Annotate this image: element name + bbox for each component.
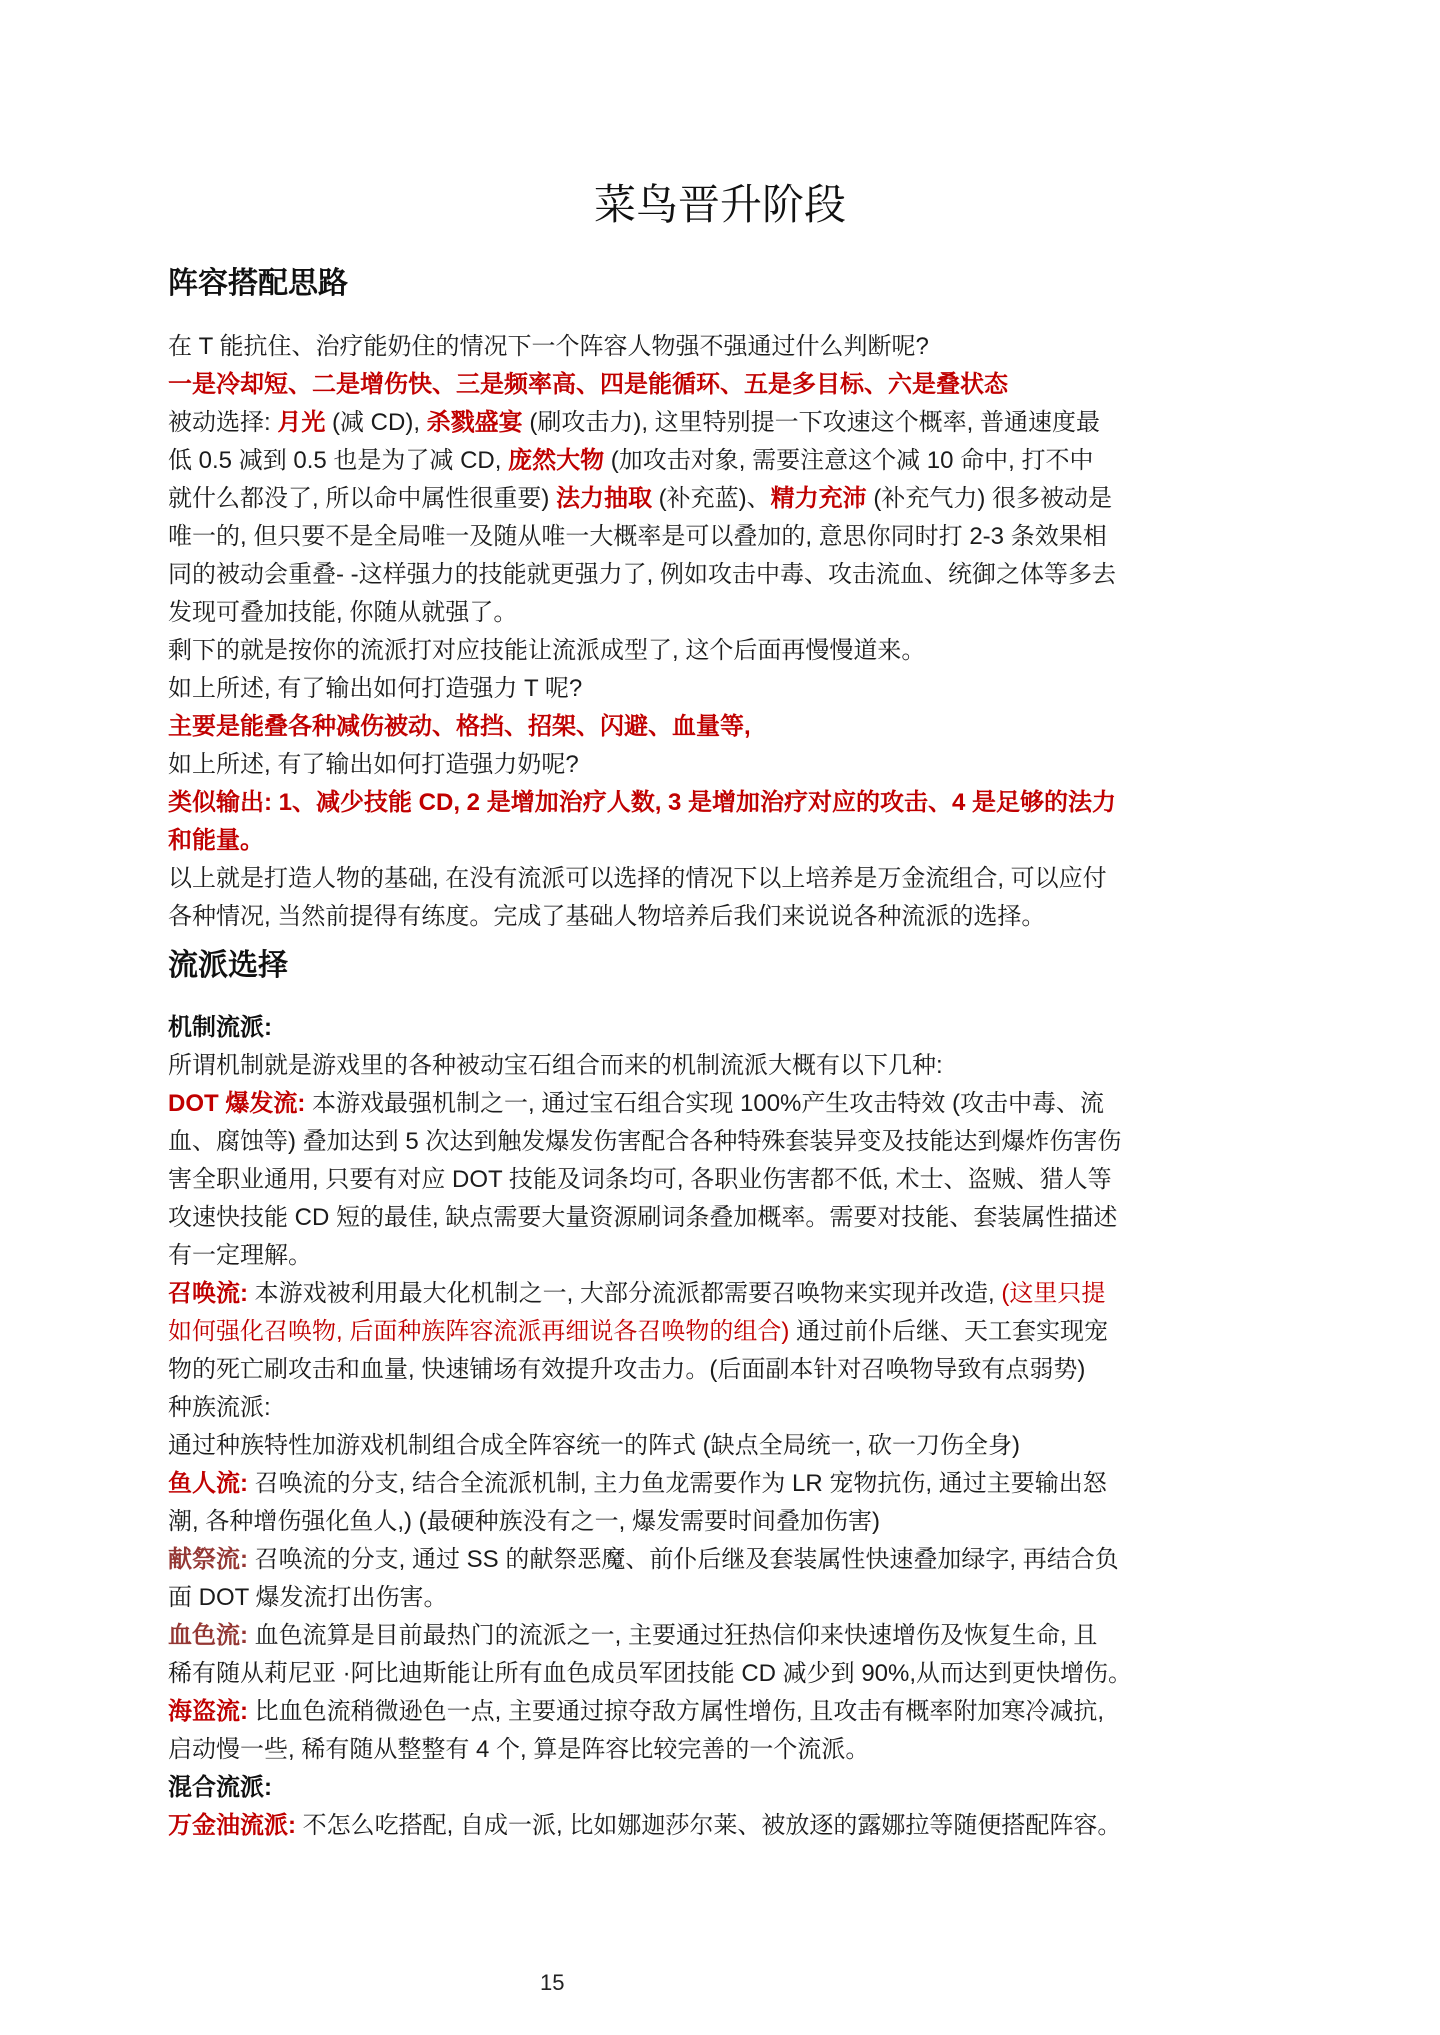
text-run: 召唤流: (168, 1280, 255, 1307)
document-body: 阵容搭配思路在 T 能抗住、治疗能奶住的情况下一个阵容人物强不强通过什么判断呢?… (168, 266, 1272, 1845)
text-line: 和能量。 (168, 822, 1272, 860)
text-line: 各种情况, 当然前提得有练度。完成了基础人物培养后我们来说说各种流派的选择。 (168, 898, 1272, 936)
text-line: 一是冷却短、二是增伤快、三是频率高、四是能循环、五是多目标、六是叠状态 (168, 366, 1272, 404)
text-line: 同的被动会重叠- -这样强力的技能就更强力了, 例如攻击中毒、攻击流血、统御之体… (168, 556, 1272, 594)
text-run: 在 T 能抗住、治疗能奶住的情况下一个阵容人物强不强通过什么判断呢? (168, 333, 929, 360)
text-run: 所谓机制就是游戏里的各种被动宝石组合而来的机制流派大概有以下几种: (168, 1052, 943, 1079)
text-run: 潮, 各种增伤强化鱼人,) (最硬种族没有之一, 爆发需要时间叠加伤害) (168, 1508, 880, 1535)
text-run: 启动慢一些, 稀有随从整整有 4 个, 算是阵容比较完善的一个流派。 (168, 1736, 869, 1763)
text-run: 鱼人流: (168, 1470, 255, 1497)
text-line: 就什么都没了, 所以命中属性很重要) 法力抽取 (补充蓝)、精力充沛 (补充气力… (168, 480, 1272, 518)
text-run: 万金油流派: (168, 1812, 303, 1839)
text-line: 潮, 各种增伤强化鱼人,) (最硬种族没有之一, 爆发需要时间叠加伤害) (168, 1503, 1272, 1541)
text-run: 通过前仆后继、天工套实现宠 (796, 1318, 1108, 1345)
text-run: 剩下的就是按你的流派打对应技能让流派成型了, 这个后面再慢慢道来。 (168, 637, 925, 664)
text-line: 类似输出: 1、减少技能 CD, 2 是增加治疗人数, 3 是增加治疗对应的攻击… (168, 784, 1272, 822)
document-page: 菜鸟晋升阶段 阵容搭配思路在 T 能抗住、治疗能奶住的情况下一个阵容人物强不强通… (0, 0, 1440, 1845)
text-line: 如上所述, 有了输出如何打造强力奶呢? (168, 746, 1272, 784)
text-line: 面 DOT 爆发流打出伤害。 (168, 1579, 1272, 1617)
text-run: 和能量。 (168, 827, 264, 854)
text-run: 低 0.5 减到 0.5 也是为了减 CD, (168, 447, 508, 474)
text-line: 如上所述, 有了输出如何打造强力 T 呢? (168, 670, 1272, 708)
text-run: 召唤流的分支, 通过 SS 的献祭恶魔、前仆后继及套装属性快速叠加绿字, 再结合… (255, 1546, 1119, 1573)
text-line: 通过种族特性加游戏机制组合成全阵容统一的阵式 (缺点全局统一, 砍一刀伤全身) (168, 1427, 1272, 1465)
text-line: 发现可叠加技能, 你随从就强了。 (168, 594, 1272, 632)
text-run: 本游戏被利用最大化机制之一, 大部分流派都需要召唤物来实现并改造, (255, 1280, 1002, 1307)
text-line: 血、腐蚀等) 叠加达到 5 次达到触发爆发伤害配合各种特殊套装异变及技能达到爆炸… (168, 1123, 1272, 1161)
text-line: 献祭流: 召唤流的分支, 通过 SS 的献祭恶魔、前仆后继及套装属性快速叠加绿字… (168, 1541, 1272, 1579)
text-run: 同的被动会重叠- -这样强力的技能就更强力了, 例如攻击中毒、攻击流血、统御之体… (168, 561, 1116, 588)
text-run: 法力抽取 (556, 485, 652, 512)
text-run: 类似输出: 1、减少技能 CD, 2 是增加治疗人数, 3 是增加治疗对应的攻击… (168, 789, 1116, 816)
text-line: 主要是能叠各种减伤被动、格挡、招架、闪避、血量等, (168, 708, 1272, 746)
text-run: 庞然大物 (508, 447, 604, 474)
text-run: 攻速快技能 CD 短的最佳, 缺点需要大量资源刷词条叠加概率。需要对技能、套装属… (168, 1204, 1117, 1231)
page-number: 15 (540, 1968, 564, 1998)
section-heading: 流派选择 (168, 948, 1272, 984)
text-run: (刷攻击力), 这里特别提一下攻速这个概率, 普通速度最 (523, 409, 1100, 436)
text-line: 攻速快技能 CD 短的最佳, 缺点需要大量资源刷词条叠加概率。需要对技能、套装属… (168, 1199, 1272, 1237)
text-run: 不怎么吃搭配, 自成一派, 比如娜迦莎尔莱、被放逐的露娜拉等随便搭配阵容。 (303, 1812, 1122, 1839)
text-run: 比血色流稍微逊色一点, 主要通过掠夺敌方属性增伤, 且攻击有概率附加寒冷减抗, (255, 1698, 1104, 1725)
text-line: 稀有随从莉尼亚 ·阿比迪斯能让所有血色成员军团技能 CD 减少到 90%,从而达… (168, 1655, 1272, 1693)
text-line: 鱼人流: 召唤流的分支, 结合全流派机制, 主力鱼龙需要作为 LR 宠物抗伤, … (168, 1465, 1272, 1503)
text-run: 献祭流: (168, 1546, 255, 1573)
text-line: 如何强化召唤物, 后面种族阵容流派再细说各召唤物的组合) 通过前仆后继、天工套实… (168, 1313, 1272, 1351)
text-line: 低 0.5 减到 0.5 也是为了减 CD, 庞然大物 (加攻击对象, 需要注意… (168, 442, 1272, 480)
text-run: 就什么都没了, 所以命中属性很重要) (168, 485, 556, 512)
text-line: 召唤流: 本游戏被利用最大化机制之一, 大部分流派都需要召唤物来实现并改造, (… (168, 1275, 1272, 1313)
text-run: (减 CD), (325, 409, 426, 436)
text-run: 如上所述, 有了输出如何打造强力奶呢? (168, 751, 579, 778)
document-title: 菜鸟晋升阶段 (168, 0, 1272, 230)
text-run: (补充蓝)、 (652, 485, 771, 512)
text-run: 种族流派: (168, 1394, 271, 1421)
text-run: 发现可叠加技能, 你随从就强了。 (168, 599, 517, 626)
text-run: 血色流: (168, 1622, 255, 1649)
text-line: 被动选择: 月光 (减 CD), 杀戮盛宴 (刷攻击力), 这里特别提一下攻速这… (168, 404, 1272, 442)
text-line: 以上就是打造人物的基础, 在没有流派可以选择的情况下以上培养是万金流组合, 可以… (168, 860, 1272, 898)
text-line: 机制流派: (168, 1009, 1272, 1047)
text-run: 有一定理解。 (168, 1242, 312, 1269)
text-run: (补充气力) 很多被动是 (867, 485, 1112, 512)
text-run: 海盗流: (168, 1698, 255, 1725)
text-run: 各种情况, 当然前提得有练度。完成了基础人物培养后我们来说说各种流派的选择。 (168, 903, 1045, 930)
text-line: 启动慢一些, 稀有随从整整有 4 个, 算是阵容比较完善的一个流派。 (168, 1731, 1272, 1769)
text-line: 所谓机制就是游戏里的各种被动宝石组合而来的机制流派大概有以下几种: (168, 1047, 1272, 1085)
text-line: 剩下的就是按你的流派打对应技能让流派成型了, 这个后面再慢慢道来。 (168, 632, 1272, 670)
text-line: DOT 爆发流: 本游戏最强机制之一, 通过宝石组合实现 100%产生攻击特效 … (168, 1085, 1272, 1123)
text-run: DOT 爆发流: (168, 1090, 312, 1117)
text-run: 血色流算是目前最热门的流派之一, 主要通过狂热信仰来快速增伤及恢复生命, 且 (255, 1622, 1098, 1649)
text-run: 如何强化召唤物, 后面种族阵容流派再细说各召唤物的组合) (168, 1318, 796, 1345)
text-run: 如上所述, 有了输出如何打造强力 T 呢? (168, 675, 582, 702)
text-run: 主要是能叠各种减伤被动、格挡、招架、闪避、血量等, (168, 713, 751, 740)
text-run: 稀有随从莉尼亚 ·阿比迪斯能让所有血色成员军团技能 CD 减少到 90%,从而达… (168, 1660, 1132, 1687)
text-line: 万金油流派: 不怎么吃搭配, 自成一派, 比如娜迦莎尔莱、被放逐的露娜拉等随便搭… (168, 1807, 1272, 1845)
text-run: 机制流派: (168, 1014, 272, 1041)
text-line: 海盗流: 比血色流稍微逊色一点, 主要通过掠夺敌方属性增伤, 且攻击有概率附加寒… (168, 1693, 1272, 1731)
text-run: 本游戏最强机制之一, 通过宝石组合实现 100%产生攻击特效 (攻击中毒、流 (312, 1090, 1104, 1117)
text-run: 通过种族特性加游戏机制组合成全阵容统一的阵式 (缺点全局统一, 砍一刀伤全身) (168, 1432, 1020, 1459)
text-line: 物的死亡刷攻击和血量, 快速铺场有效提升攻击力。(后面副本针对召唤物导致有点弱势… (168, 1351, 1272, 1389)
text-run: 以上就是打造人物的基础, 在没有流派可以选择的情况下以上培养是万金流组合, 可以… (168, 865, 1107, 892)
section-heading: 阵容搭配思路 (168, 266, 1272, 302)
text-run: 被动选择: (168, 409, 277, 436)
text-line: 血色流: 血色流算是目前最热门的流派之一, 主要通过狂热信仰来快速增伤及恢复生命… (168, 1617, 1272, 1655)
text-run: 月光 (277, 409, 325, 436)
text-run: 杀戮盛宴 (427, 409, 523, 436)
text-line: 在 T 能抗住、治疗能奶住的情况下一个阵容人物强不强通过什么判断呢? (168, 328, 1272, 366)
section-lines: 在 T 能抗住、治疗能奶住的情况下一个阵容人物强不强通过什么判断呢?一是冷却短、… (168, 328, 1272, 936)
text-run: 面 DOT 爆发流打出伤害。 (168, 1584, 448, 1611)
text-line: 混合流派: (168, 1769, 1272, 1807)
text-line: 有一定理解。 (168, 1237, 1272, 1275)
text-line: 唯一的, 但只要不是全局唯一及随从唯一大概率是可以叠加的, 意思你同时打 2-3… (168, 518, 1272, 556)
text-run: 物的死亡刷攻击和血量, 快速铺场有效提升攻击力。(后面副本针对召唤物导致有点弱势… (168, 1356, 1085, 1383)
text-run: 害全职业通用, 只要有对应 DOT 技能及词条均可, 各职业伤害都不低, 术士、… (168, 1166, 1112, 1193)
section-lines: 机制流派:所谓机制就是游戏里的各种被动宝石组合而来的机制流派大概有以下几种:DO… (168, 1009, 1272, 1845)
text-line: 害全职业通用, 只要有对应 DOT 技能及词条均可, 各职业伤害都不低, 术士、… (168, 1161, 1272, 1199)
text-run: (这里只提 (1001, 1280, 1105, 1307)
text-run: (加攻击对象, 需要注意这个减 10 命中, 打不中 (604, 447, 1093, 474)
text-run: 混合流派: (168, 1774, 272, 1801)
text-run: 一是冷却短、二是增伤快、三是频率高、四是能循环、五是多目标、六是叠状态 (168, 371, 1008, 398)
text-run: 精力充沛 (771, 485, 867, 512)
text-run: 召唤流的分支, 结合全流派机制, 主力鱼龙需要作为 LR 宠物抗伤, 通过主要输… (255, 1470, 1107, 1497)
text-run: 唯一的, 但只要不是全局唯一及随从唯一大概率是可以叠加的, 意思你同时打 2-3… (168, 523, 1107, 550)
text-line: 种族流派: (168, 1389, 1272, 1427)
text-run: 血、腐蚀等) 叠加达到 5 次达到触发爆发伤害配合各种特殊套装异变及技能达到爆炸… (168, 1128, 1121, 1155)
